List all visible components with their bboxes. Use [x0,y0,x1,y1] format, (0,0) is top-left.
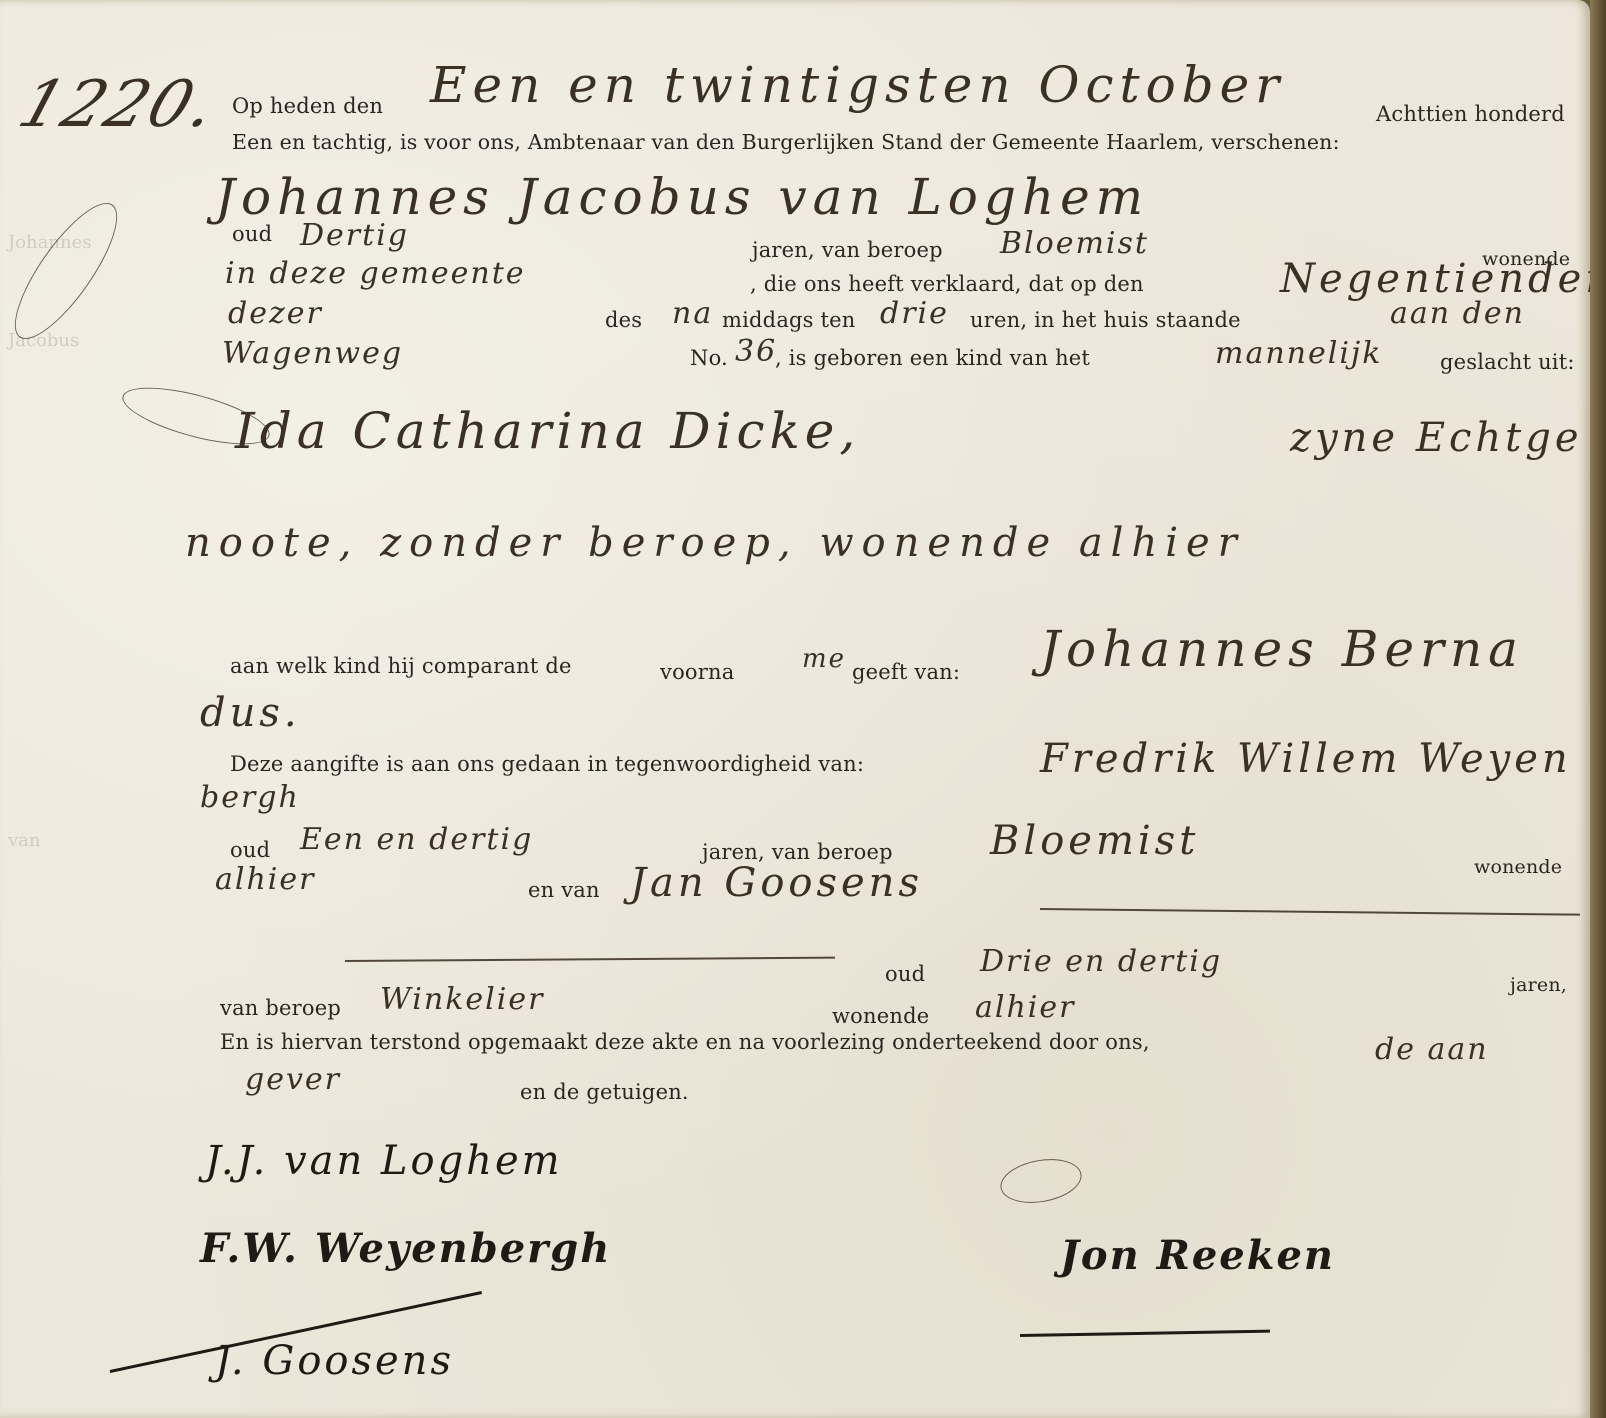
printed-text: jaren, van beroep [752,238,943,262]
handwritten-declarant-age: Dertig [300,218,409,253]
printed-text: , is geboren een kind van het [775,346,1090,370]
printed-text: en van [528,878,600,902]
signature-official: Jon Reeken [1060,1232,1335,1279]
printed-text: En is hiervan terstond opgemaakt deze ak… [220,1030,1150,1054]
fill-line [345,957,835,962]
handwritten-witness1-age: Een en dertig [300,822,533,857]
handwritten-witness1-occupation: Bloemist [990,818,1199,864]
printed-text: No. [690,346,728,370]
handwritten-witness1-residence: alhier [215,862,316,897]
handwritten-child-name: Johannes Berna [1040,620,1524,678]
printed-text: jaren, [1510,974,1567,996]
signature-witness1: F.W. Weyenbergh [200,1225,611,1272]
register-page: Johannes Jacobus van 1220. Op heden den … [0,0,1590,1418]
handwritten-witness2-age: Drie en dertig [980,944,1222,979]
printed-text: Deze aangifte is aan ons gedaan in tegen… [230,752,864,776]
handwritten-witness2-occupation: Winkelier [380,982,544,1017]
handwritten-date: Een en twintigsten October [430,56,1285,114]
signature-declarant: J.J. van Loghem [205,1138,563,1184]
handwritten-street-prefix: aan den [1390,296,1525,331]
handwritten-street: Wagenweg [222,336,403,371]
handwritten-sex: mannelijk [1215,336,1382,371]
handwritten-mother-name: Ida Catharina Dicke, [235,402,860,460]
printed-text: oud [232,222,272,246]
printed-text: wonende [1474,856,1562,878]
bleed-through-text: van [8,830,41,851]
handwritten-birth-hour: drie [880,296,949,331]
printed-text: geslacht uit: [1440,350,1575,374]
handwritten-declarant-residence: in deze gemeente [225,256,526,291]
flourish-loop [117,376,275,456]
handwritten-birth-month: dezer [228,296,323,331]
handwritten-am-pm: na [672,296,713,331]
signature-witness2: J. Goosens [215,1338,454,1384]
handwritten-witness1-name-cont: bergh [200,780,300,815]
signature-underline [1020,1330,1270,1337]
handwritten-child-name-cont: dus. [200,690,301,736]
handwritten-signers-cont: gever [245,1062,341,1097]
printed-text: uren, in het huis staande [970,308,1241,332]
printed-text: des [605,308,642,332]
handwritten-mother-relation: zyne Echtge [1290,415,1583,461]
printed-text: oud [885,962,925,986]
printed-text: Op heden den [232,94,383,118]
handwritten-mother-details: noote, zonder beroep, wonende alhier [185,520,1245,566]
printed-text: voorna [660,660,734,684]
printed-text: , die ons heeft verklaard, dat op den [750,272,1144,296]
handwritten-witness2-residence: alhier [975,990,1076,1025]
entry-number: 1220. [10,68,227,142]
printed-text: van beroep [220,996,341,1020]
handwritten-declarant-occupation: Bloemist [1000,226,1149,261]
fill-line [1040,908,1580,916]
flourish-loop [0,190,134,353]
printed-text: en de getuigen. [520,1080,689,1104]
flourish-loop [997,1153,1085,1209]
printed-text: oud [230,838,270,862]
handwritten-witness1-name: Fredrik Willem Weyen [1040,736,1572,782]
handwritten-signers: de aan [1375,1032,1489,1067]
handwritten-witness2-name: Jan Goosens [630,860,923,906]
book-binding-edge [1590,0,1606,1418]
printed-text: aan welk kind hij comparant de [230,654,572,678]
printed-text: wonende [832,1004,929,1028]
printed-text: middags ten [722,308,856,332]
printed-text: geeft van: [852,660,960,684]
handwritten-name-suffix: me [802,644,846,674]
printed-text: Een en tachtig, is voor ons, Ambtenaar v… [232,130,1340,154]
printed-text: Achttien honderd [1376,102,1565,126]
handwritten-house-number: 36 [735,334,777,369]
